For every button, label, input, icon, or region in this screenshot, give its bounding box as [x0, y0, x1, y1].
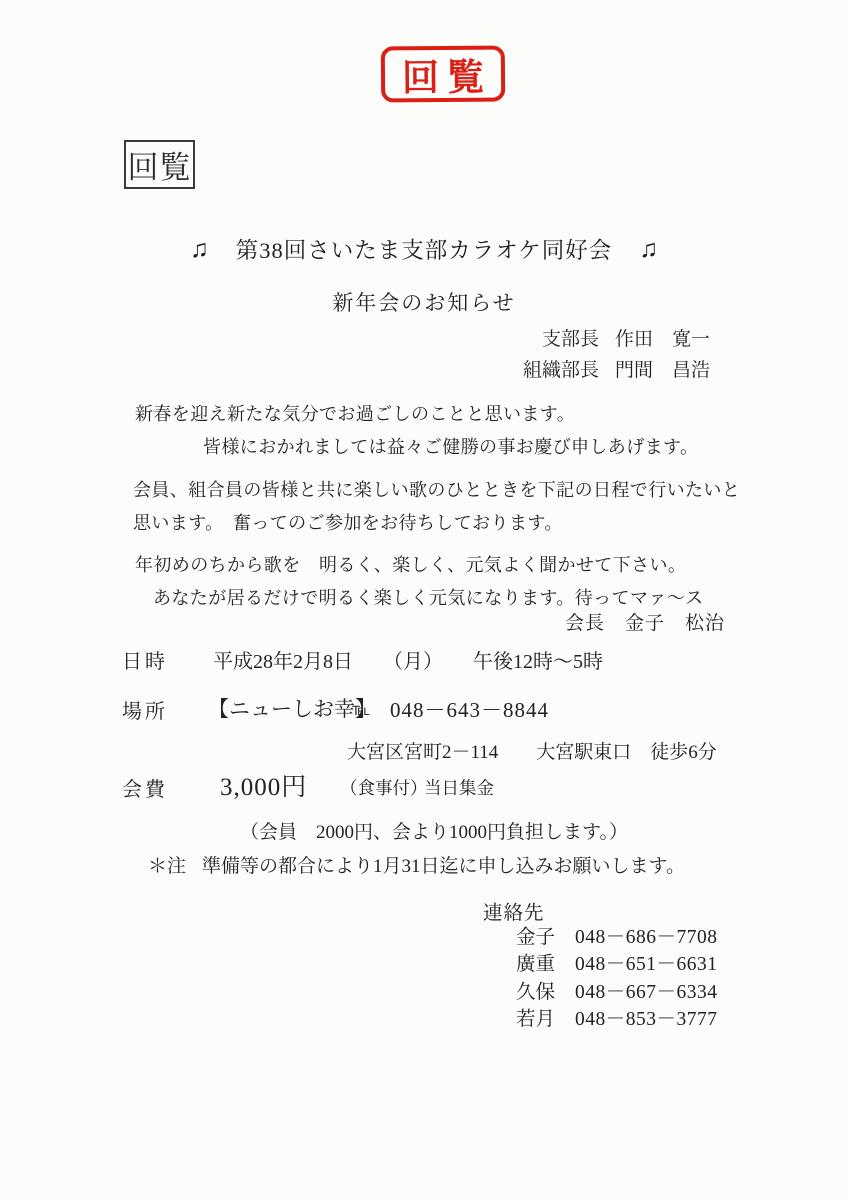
fee-amount: 3,000円 — [220, 767, 307, 803]
place-phone-number: 048－643－8844 — [390, 694, 549, 724]
cheer-line-1: 年初めのちから歌を 明るく、楽しく、元気よく聞かせて下さい。 — [135, 549, 704, 582]
circulation-stamp-black-label: 回覧 — [128, 142, 192, 187]
fee-breakdown: （会員 2000円、会より1000円負担します。） — [240, 817, 628, 844]
cheer-paragraph: 年初めのちから歌を 明るく、楽しく、元気よく聞かせて下さい。 あなたが居るだけで… — [135, 549, 704, 615]
fee-meal-note: （食事付） — [340, 775, 428, 800]
contact-name: 若月 — [516, 1003, 555, 1031]
note-text: 準備等の都合により1月31日迄に申し込みお願いします。 — [202, 856, 685, 877]
place-label: 場所 — [122, 695, 168, 724]
datetime-label: 日時 — [122, 645, 168, 674]
contact-phone: 048－853－3777 — [575, 1003, 718, 1031]
music-note-left-icon: ♫ — [190, 236, 209, 263]
invitation-line-1: 会員、組合員の皆様と共に楽しい歌のひとときを下記の日程で行いたいと — [133, 474, 740, 507]
contact-name: 廣重 — [516, 948, 555, 976]
greeting-paragraph: 新春を迎え新たな気分でお過ごしのことと思います。 皆様におかれましては益々ご健勝… — [135, 398, 698, 464]
officer-name: 作田 寛一 — [615, 324, 710, 351]
officer-role: 支部長 — [523, 324, 599, 351]
note-mark: ＊注 — [148, 856, 186, 877]
contacts-list: 金子 048－686－7708 廣重 048－651－6631 久保 048－6… — [516, 921, 718, 1031]
invitation-line-2: 思います。 奮ってのご参加をお待ちしております。 — [133, 507, 740, 540]
circulation-stamp-black: 回覧 — [124, 140, 195, 189]
tel-symbol-icon: ℡ — [352, 700, 370, 720]
fee-collection-note: 当日集金 — [424, 775, 494, 800]
circulation-stamp-red: 回覧 — [381, 45, 505, 102]
contact-phone: 048－667－6334 — [575, 976, 718, 1004]
contact-name: 久保 — [516, 976, 555, 1004]
greeting-line-1: 新春を迎え新たな気分でお過ごしのことと思います。 — [135, 398, 698, 431]
greeting-line-2: 皆様におかれましては益々ご健勝の事お慶び申しあげます。 — [135, 431, 698, 464]
contact-phone: 048－651－6631 — [575, 948, 718, 976]
officer-role: 組織部長 — [523, 355, 599, 382]
contact-name: 金子 — [516, 921, 555, 949]
chairman-signature: 会長 金子 松治 — [565, 608, 725, 635]
officer-name: 門間 昌浩 — [615, 355, 710, 382]
music-note-right-icon: ♫ — [639, 236, 658, 263]
document-subtitle: 新年会のお知らせ — [0, 287, 848, 317]
fee-label: 会費 — [122, 773, 168, 802]
circulation-stamp-red-label: 回覧 — [402, 47, 492, 102]
place-name: 【ニューしお幸】 — [208, 693, 376, 723]
invitation-paragraph: 会員、組合員の皆様と共に楽しい歌のひとときを下記の日程で行いたいと 思います。 … — [133, 474, 740, 540]
datetime-value: 平成28年2月8日 （月） 午後12時～5時 — [213, 645, 603, 674]
place-address: 大宮区宮町2－114 大宮駅東口 徒歩6分 — [347, 737, 717, 764]
officers-block: 支部長 作田 寛一 組織部長 門間 昌浩 — [523, 324, 710, 382]
title-text: 第38回さいたま支部カラオケ同好会 — [236, 238, 613, 263]
contact-phone: 048－686－7708 — [575, 921, 718, 949]
deadline-note: ＊注準備等の都合により1月31日迄に申し込みお願いします。 — [148, 851, 685, 878]
document-page: 回覧 回覧 ♫第38回さいたま支部カラオケ同好会♫ 新年会のお知らせ 支部長 作… — [0, 0, 848, 1200]
document-title: ♫第38回さいたま支部カラオケ同好会♫ — [0, 233, 848, 265]
